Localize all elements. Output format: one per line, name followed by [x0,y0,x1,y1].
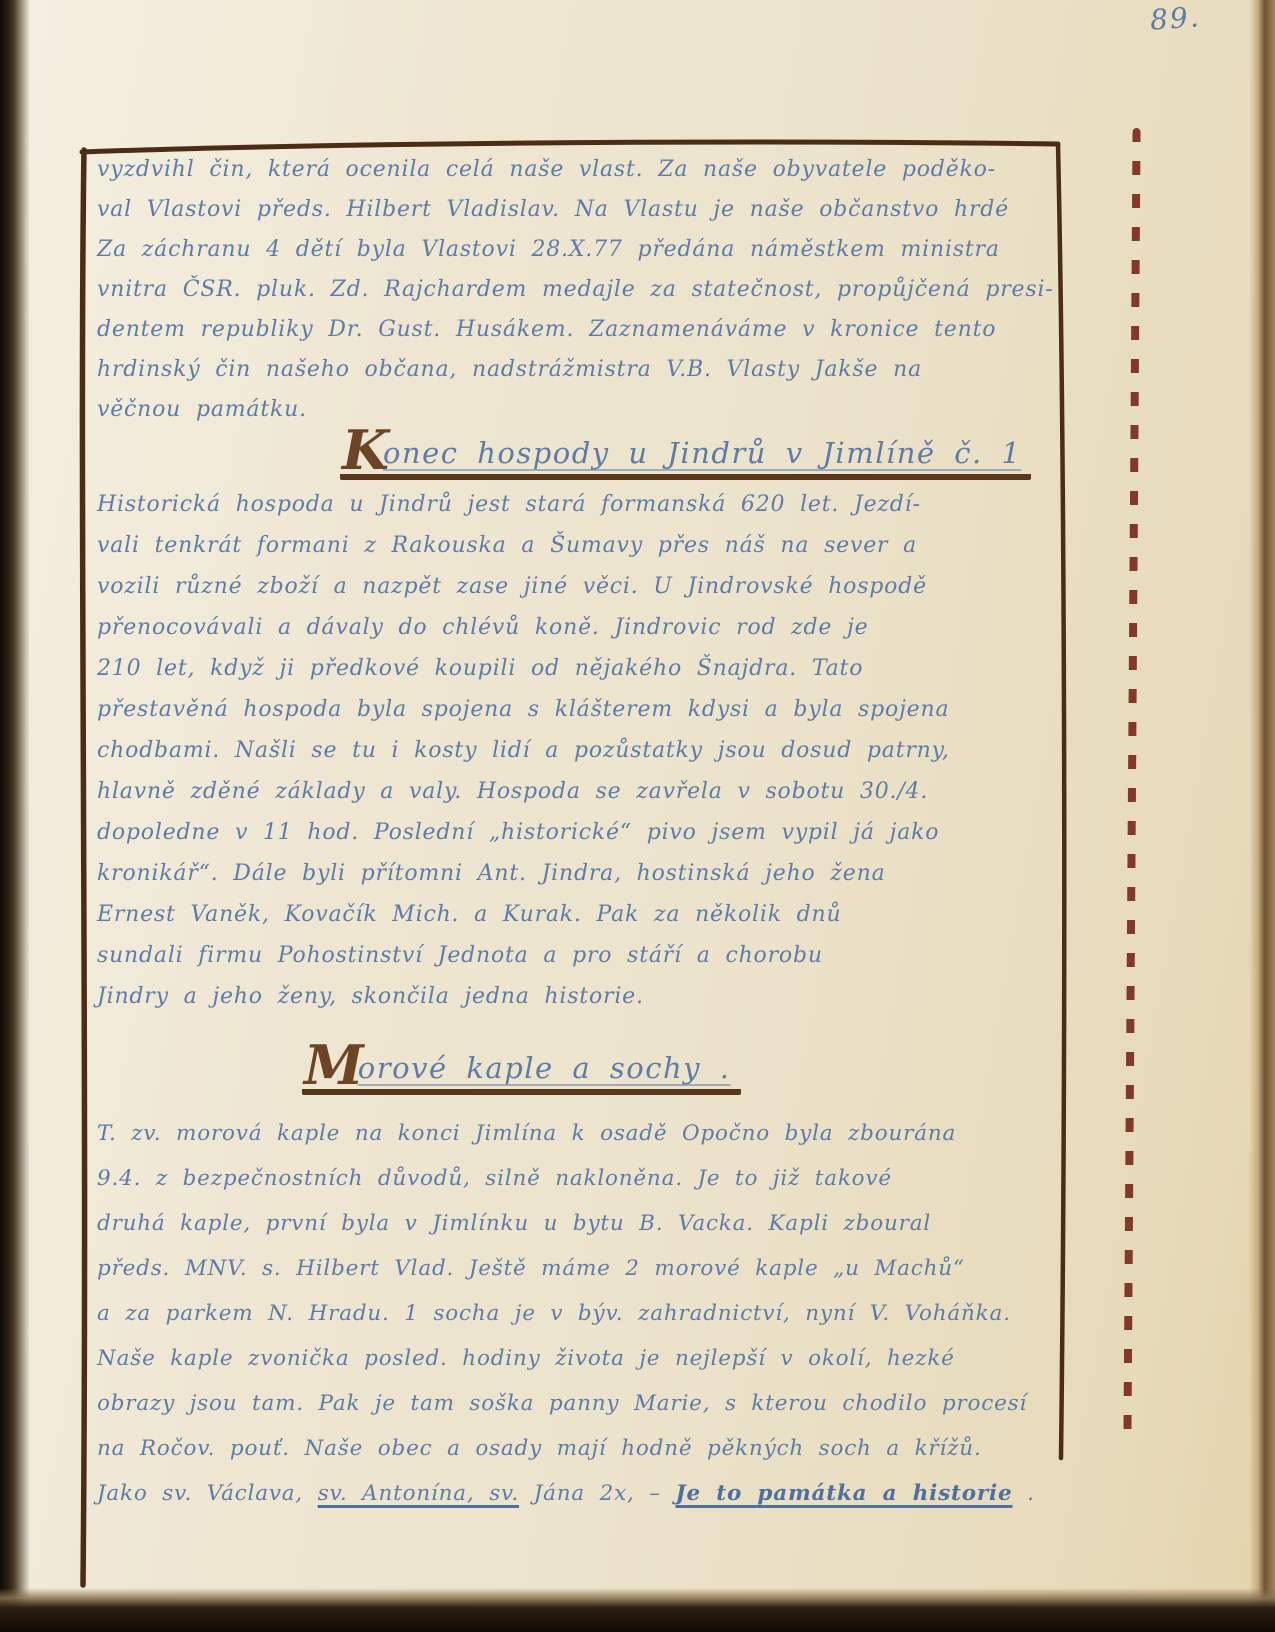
heading-2-initial: M [304,1033,362,1097]
text-line: dopoledne v 11 hod. Poslední „historické… [97,812,1049,853]
heading-underline: Konec hospody u Jindrů v Jimlíně č. 1 [340,430,1031,480]
text-line: hlavně zděné základy a valy. Hospoda se … [97,771,1049,812]
text-line: předs. MNV. s. Hilbert Vlad. Ještě máme … [97,1246,1049,1291]
chronicle-text: vyzdvihl čin, která ocenila celá naše vl… [97,150,1049,1516]
section-heading-2: Morové kaple a sochy . [302,1045,1049,1095]
text-line: Naše kaple zvonička posled. hodiny život… [97,1336,1049,1381]
text-line: a za parkem N. Hradu. 1 socha je v býv. … [97,1291,1049,1336]
last-line-segment: Jána 2x, – [519,1481,675,1506]
text-line: chodbami. Našli se tu i kosty lidí a poz… [97,730,1049,771]
text-line: druhá kaple, první byla v Jimlínku u byt… [97,1201,1049,1246]
text-line: 9.4. z bezpečnostních důvodů, silně nakl… [97,1156,1049,1201]
text-line: Ernest Vaněk, Kovačík Mich. a Kurak. Pak… [97,894,1049,935]
text-line: vyzdvihl čin, která ocenila celá naše vl… [97,150,1049,190]
heading-1-text: onec hospody u Jindrů v Jimlíně č. 1 [383,436,1022,470]
text-line: dentem republiky Dr. Gust. Husákem. Zazn… [97,310,1049,350]
text-line: vnitra ČSR. pluk. Zd. Rajchardem medajle… [97,270,1049,310]
text-line: na Ročov. pouť. Naše obec a osady mají h… [97,1426,1049,1471]
text-line: kronikář“. Dále byli přítomni Ant. Jindr… [97,853,1049,894]
text-line: sundali firmu Pohostinství Jednota a pro… [97,935,1049,976]
last-line-segment: . [1012,1481,1034,1506]
text-line: 210 let, když ji předkové koupili od něj… [97,648,1049,689]
heading-1-initial: K [342,418,387,482]
last-line-underlined: sv. Antonína, sv. [318,1481,519,1506]
text-line: T. zv. morová kaple na konci Jimlína k o… [97,1111,1049,1156]
paragraph-3: T. zv. morová kaple na konci Jimlína k o… [97,1111,1049,1471]
text-line: obrazy jsou tam. Pak je tam soška panny … [97,1381,1049,1426]
paragraph-2: Historická hospoda u Jindrů jest stará f… [97,484,1049,1017]
section-heading-1: Konec hospody u Jindrů v Jimlíně č. 1 [340,430,1049,480]
text-line: přestavěná hospoda byla spojena s klášte… [97,689,1049,730]
page-number: 89. [1149,0,1202,36]
last-line-underlined-emphasis: Je to památka a historie [676,1481,1013,1506]
text-line: Jindry a jeho ženy, skončila jedna histo… [97,976,1049,1017]
text-line: přenocovávali a dávaly do chlévů koně. J… [97,607,1049,648]
last-line-segment: Jako sv. Václava, [97,1481,318,1506]
text-line: Historická hospoda u Jindrů jest stará f… [97,484,1049,525]
heading-2-text: orové kaple a sochy . [358,1051,731,1085]
text-line: val Vlastovi předs. Hilbert Vladislav. N… [97,190,1049,230]
text-line: hrdinský čin našeho občana, nadstrážmist… [97,350,1049,390]
heading-underline: Morové kaple a sochy . [302,1045,741,1095]
text-line: vali tenkrát formani z Rakouska a Šumavy… [97,525,1049,566]
text-line: vozili různé zboží a nazpět zase jiné vě… [97,566,1049,607]
paragraph-1: vyzdvihl čin, která ocenila celá naše vl… [97,150,1049,430]
text-line: věčnou památku. [97,390,1049,430]
paragraph-3-last-line: Jako sv. Václava, sv. Antonína, sv. Jána… [97,1471,1049,1516]
text-line: Za záchranu 4 dětí byla Vlastovi 28.X.77… [97,230,1049,270]
